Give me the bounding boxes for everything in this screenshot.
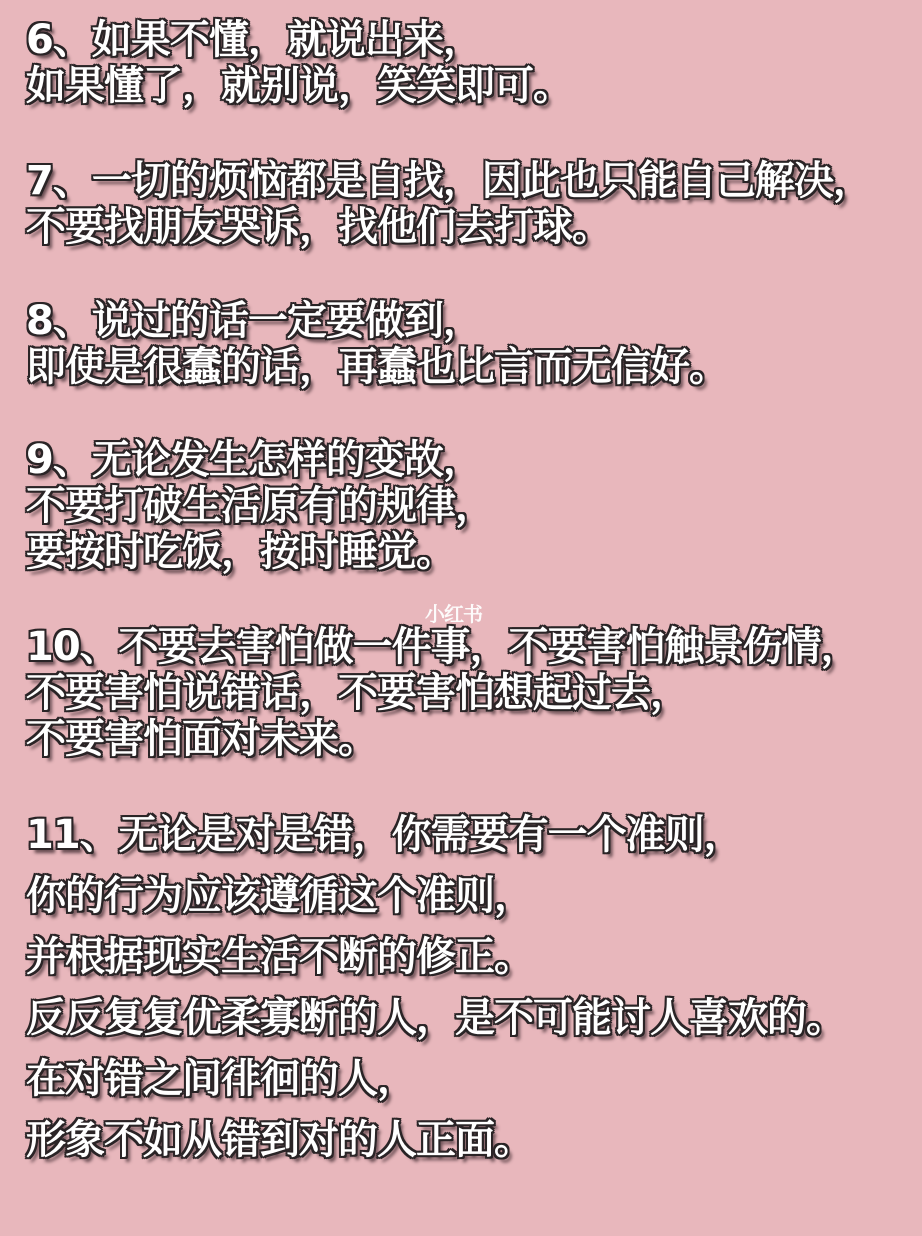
item-10-line-2: 不要害怕说错话，不要害怕想起过去，: [26, 670, 912, 716]
item-9-line-2: 不要打破生活原有的规律，: [26, 483, 912, 529]
item-6: 6、如果不懂，就说出来， 如果懂了，就别说，笑笑即可。: [26, 17, 912, 109]
item-10: 10、不要去害怕做一件事，不要害怕触景伤情， 不要害怕说错话，不要害怕想起过去，…: [26, 624, 912, 762]
item-7-line-1: 7、一切的烦恼都是自找，因此也只能自己解决，: [26, 158, 912, 204]
item-11-line-4: 反反复复优柔寡断的人，是不可能讨人喜欢的。: [26, 988, 912, 1049]
item-8-line-1: 8、说过的话一定要做到，: [26, 298, 912, 344]
item-11-line-6: 形象不如从错到对的人正面。: [26, 1110, 912, 1171]
item-10-line-1: 10、不要去害怕做一件事，不要害怕触景伤情，: [26, 624, 912, 670]
item-7: 7、一切的烦恼都是自找，因此也只能自己解决， 不要找朋友哭诉，找他们去打球。: [26, 158, 912, 250]
item-6-line-2: 如果懂了，就别说，笑笑即可。: [26, 63, 912, 109]
watermark-logo: 小红书: [425, 598, 482, 627]
item-11: 11、无论是对是错，你需要有一个准则， 你的行为应该遵循这个准则， 并根据现实生…: [26, 805, 912, 1171]
item-11-line-2: 你的行为应该遵循这个准则，: [26, 866, 912, 927]
item-10-line-3: 不要害怕面对未来。: [26, 716, 912, 762]
item-9-line-3: 要按时吃饭，按时睡觉。: [26, 529, 912, 575]
item-11-line-1: 11、无论是对是错，你需要有一个准则，: [26, 805, 912, 866]
item-9: 9、无论发生怎样的变故， 不要打破生活原有的规律， 要按时吃饭，按时睡觉。: [26, 437, 912, 575]
item-8: 8、说过的话一定要做到， 即使是很蠢的话，再蠢也比言而无信好。: [26, 298, 912, 390]
item-11-line-5: 在对错之间徘徊的人，: [26, 1049, 912, 1110]
item-7-line-2: 不要找朋友哭诉，找他们去打球。: [26, 204, 912, 250]
item-6-line-1: 6、如果不懂，就说出来，: [26, 17, 912, 63]
item-9-line-1: 9、无论发生怎样的变故，: [26, 437, 912, 483]
quote-image: 6、如果不懂，就说出来， 如果懂了，就别说，笑笑即可。 7、一切的烦恼都是自找，…: [0, 0, 922, 1236]
item-11-line-3: 并根据现实生活不断的修正。: [26, 927, 912, 988]
item-8-line-2: 即使是很蠢的话，再蠢也比言而无信好。: [26, 344, 912, 390]
